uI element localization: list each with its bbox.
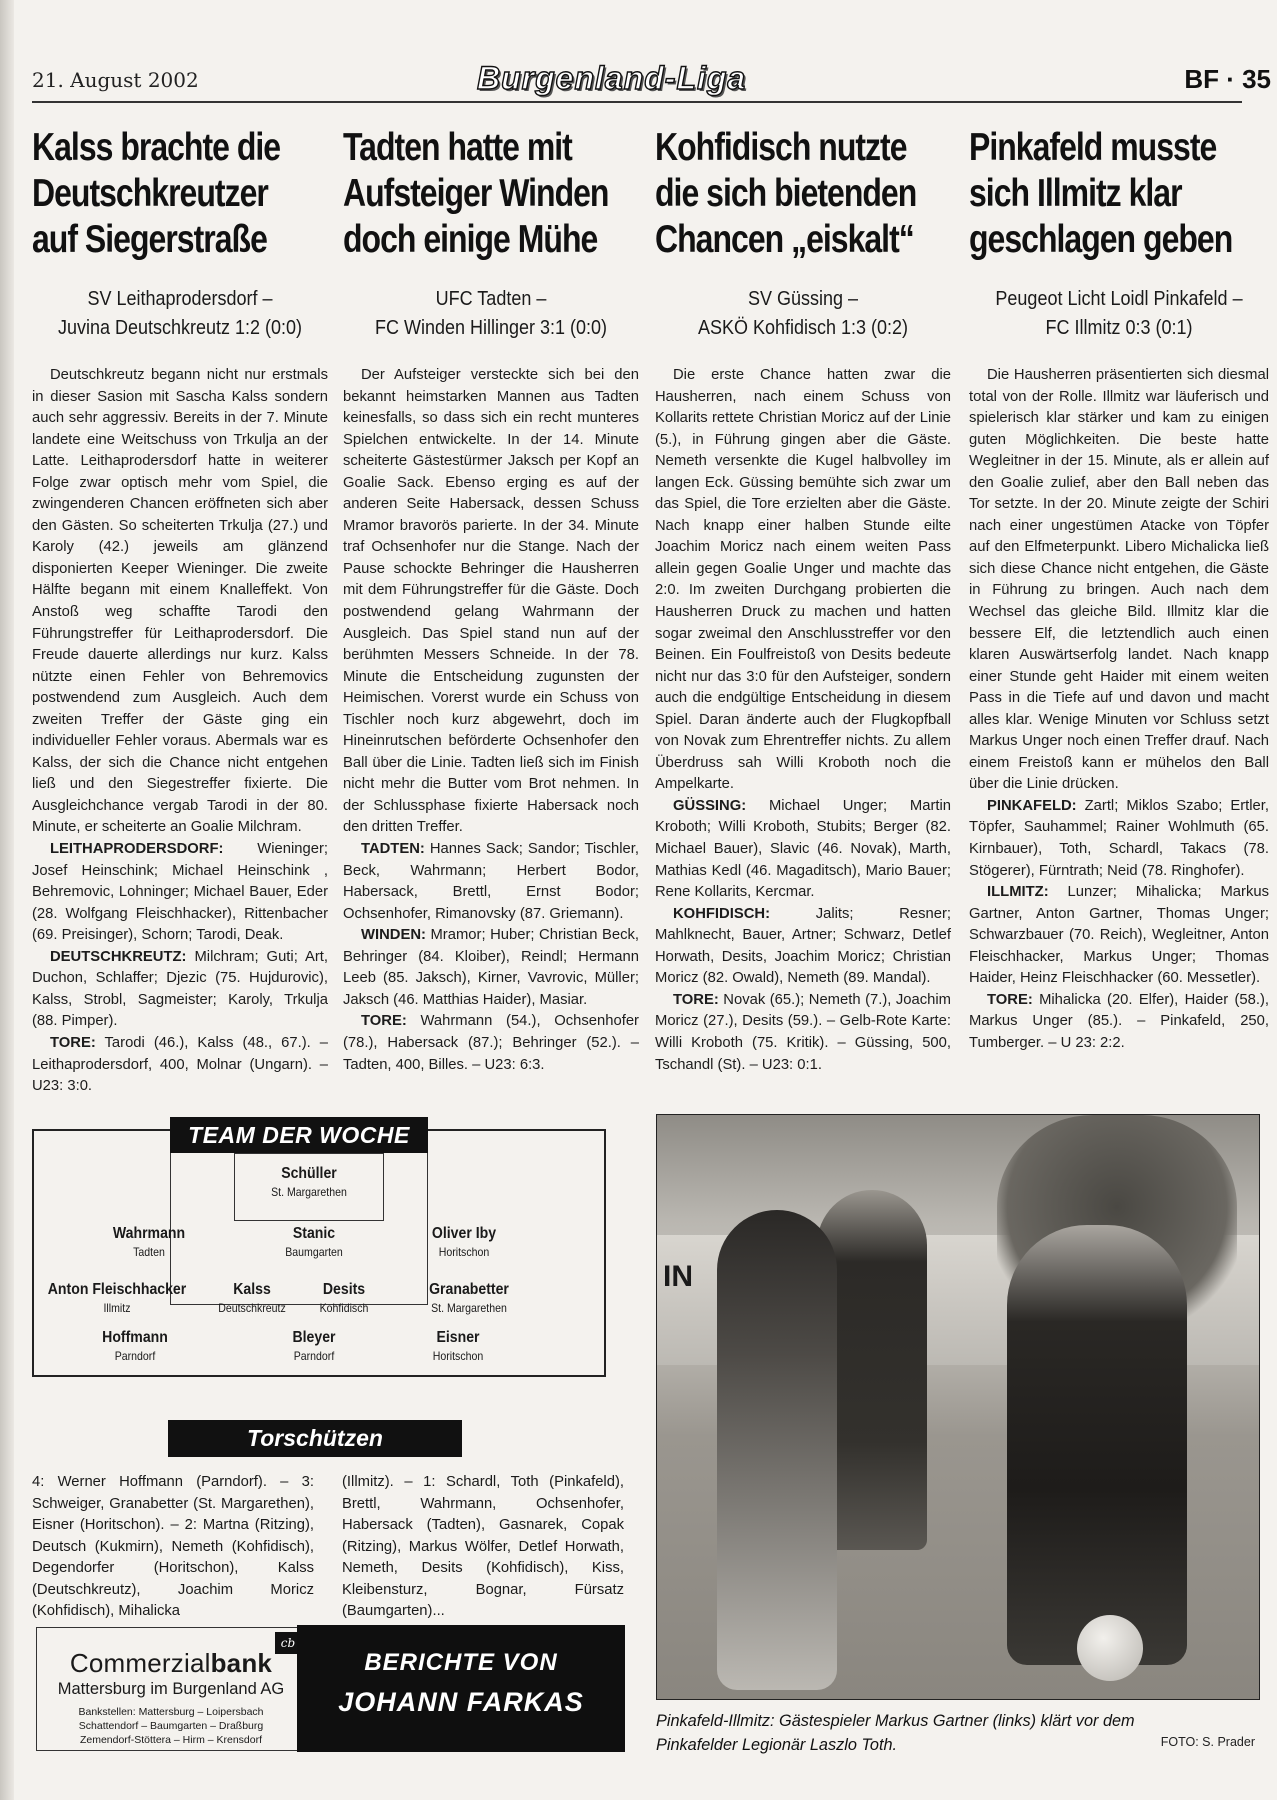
bank-advertisement: cb Commerzialbank Mattersburg im Burgenl… [36,1627,306,1751]
page-number: BF · 35 [1184,64,1271,95]
lineup-home: TADTEN: Hannes Sack; Sandor; Tischler, B… [343,839,639,925]
goals-summary: TORE: Tarodi (46.), Kalss (48., 67.). – … [32,1033,328,1098]
article-leithaprodersdorf-deutschkreutz: Kalss brachte die Deutschkreutzer auf Si… [32,125,328,1098]
team-of-the-week-box: TEAM DER WOCHE Schüller St. Margarethen … [32,1129,606,1377]
article-headline: Tadten hatte mit Aufsteiger Winden doch … [343,125,639,263]
bank-name: Commerzialbank [37,1648,305,1679]
match-report: Der Aufsteiger versteckte sich bei den b… [343,365,639,839]
lineup-home: PINKAFELD: Zartl; Miklos Szabo; Ertler, … [969,796,1269,882]
article-pinkafeld-illmitz: Pinkafeld musste sich Illmitz klar gesch… [969,125,1269,1055]
goals-summary: TORE: Mihalicka (20. Elfer), Haider (58.… [969,990,1269,1055]
article-tadten-winden: Tadten hatte mit Aufsteiger Winden doch … [343,125,639,1076]
top-scorers-list-col2: (Illmitz). – 1: Schardl, Toth (Pinkafeld… [342,1472,624,1623]
match-report: Die erste Chance hatten zwar die Hausher… [655,365,951,796]
article-headline: Kohfidisch nutzte die sich bietenden Cha… [655,125,951,263]
player-markus-gartner [717,1210,837,1690]
article-body: Die erste Chance hatten zwar die Hausher… [655,365,951,1076]
author-byline-box: BERICHTE VON JOHANN FARKAS [297,1625,625,1752]
article-headline: Kalss brachte die Deutschkreutzer auf Si… [32,125,328,263]
header-rule [32,101,1242,103]
player-midfielder: Granabetter St. Margarethen [369,1281,569,1315]
football [1077,1615,1143,1681]
goals-summary: TORE: Novak (65.); Nemeth (7.), Joachim … [655,990,951,1076]
lineup-away: KOHFIDISCH: Jalits; Resner; Mahlknecht, … [655,904,951,990]
lineup-away: WINDEN: Mramor; Huber; Christian Beck, B… [343,925,639,1011]
page-binding-edge [0,0,14,1800]
match-photo: IN [656,1114,1260,1700]
team-of-the-week-title: TEAM DER WOCHE [170,1117,428,1153]
signage-text: IN [663,1260,693,1294]
article-body: Deutschkreutz begann nicht nur erstmals … [32,365,328,1098]
article-body: Die Hausherren präsentierten sich diesma… [969,365,1269,1055]
match-report: Die Hausherren präsentierten sich diesma… [969,365,1269,796]
photo-credit: FOTO: S. Prader [1161,1735,1255,1749]
section-title: Burgenland-Liga [477,60,746,97]
article-headline: Pinkafeld musste sich Illmitz klar gesch… [969,125,1269,263]
goals-summary: TORE: Wahrmann (54.), Ochsenhofer (78.),… [343,1011,639,1076]
match-result: UFC Tadten – FC Winden Hillinger 3:1 (0:… [358,285,624,343]
player-laszlo-toth [1007,1225,1187,1665]
player-forward: Eisner Horitschon [358,1329,558,1363]
player-forward: Hoffmann Parndorf [35,1329,235,1363]
bank-subtitle: Mattersburg im Burgenland AG [37,1680,305,1699]
top-scorers-list-col1: 4: Werner Hoffmann (Parndorf). – 3: Schw… [32,1472,314,1623]
photo-caption: Pinkafeld-Illmitz: Gästespieler Markus G… [656,1709,1260,1757]
top-scorers-title: Torschützen [168,1420,462,1457]
article-body: Der Aufsteiger versteckte sich bei den b… [343,365,639,1076]
lineup-home: LEITHAPRODERSDORF: Wieninger; Josef Hein… [32,839,328,947]
page-header: 21. August 2002 Burgenland-Liga BF · 35 [32,60,1275,102]
lineup-home: GÜSSING: Michael Unger; Martin Kroboth; … [655,796,951,904]
player-defender: Oliver Iby Horitschon [364,1225,564,1259]
match-result: Peugeot Licht Loidl Pinkafeld – FC Illmi… [984,285,1254,343]
lineup-away: ILLMITZ: Lunzer; Mihalicka; Markus Gartn… [969,882,1269,990]
bank-branches: Bankstellen: Mattersburg – Loipersbach S… [37,1705,305,1747]
match-result: SV Güssing – ASKÖ Kohfidisch 1:3 (0:2) [670,285,936,343]
player-goalkeeper: Schüller St. Margarethen [209,1165,409,1199]
match-report: Deutschkreutz begann nicht nur erstmals … [32,365,328,839]
issue-date: 21. August 2002 [32,68,199,92]
lineup-away: DEUTSCHKREUTZ: Milchram; Guti; Art, Duch… [32,947,328,1033]
article-guessing-kohfidisch: Kohfidisch nutzte die sich bietenden Cha… [655,125,951,1076]
match-result: SV Leithaprodersdorf – Juvina Deutschkre… [47,285,313,343]
